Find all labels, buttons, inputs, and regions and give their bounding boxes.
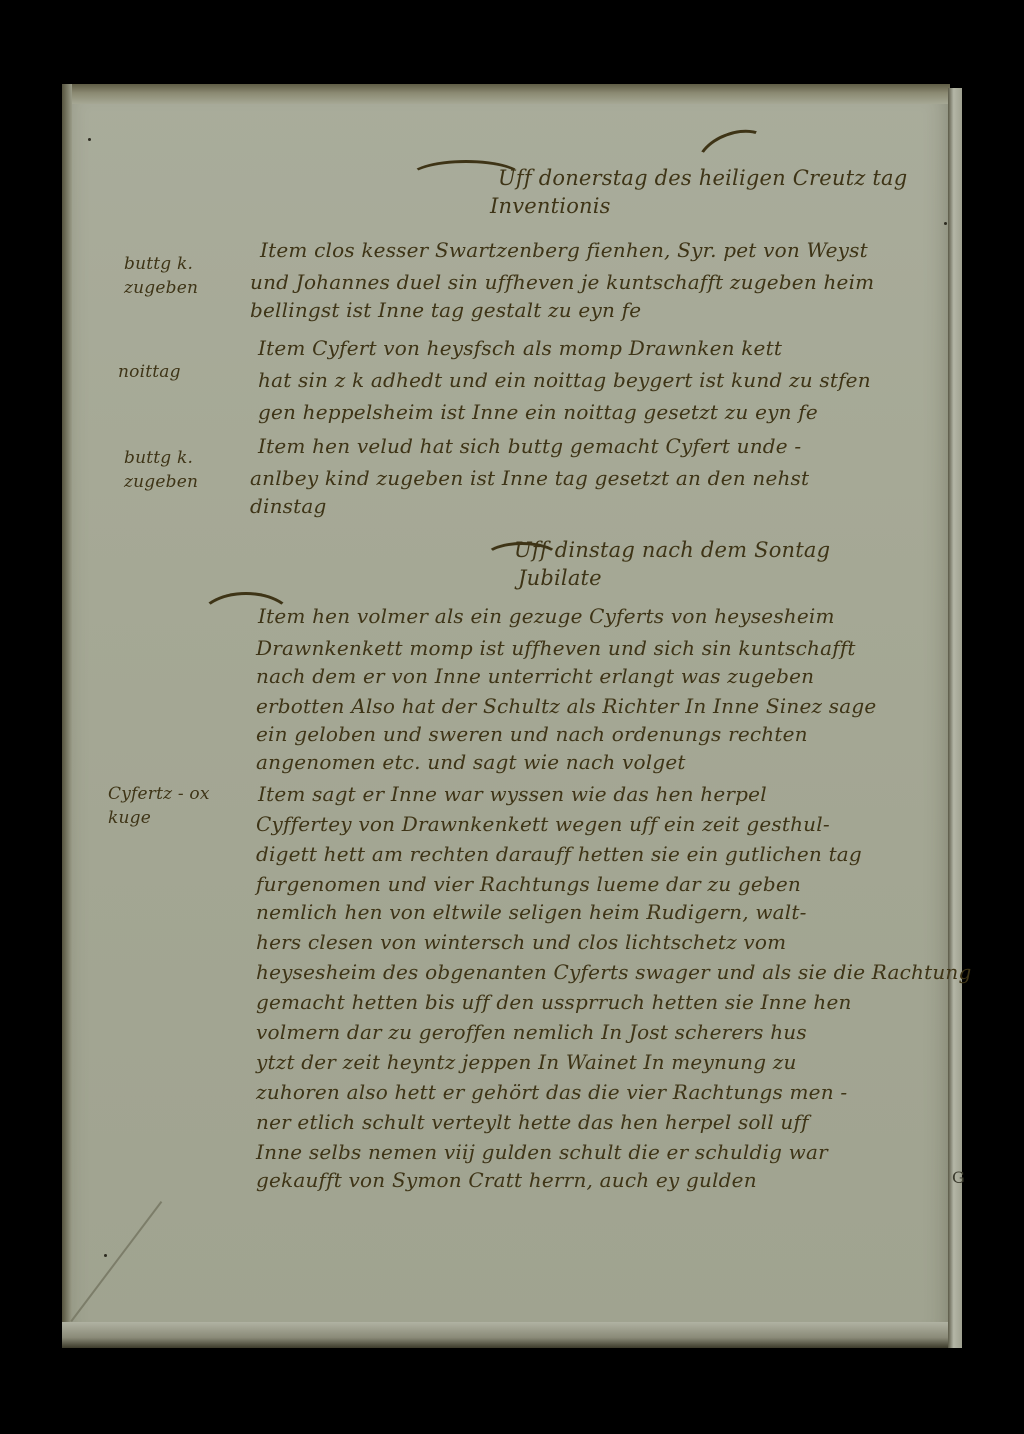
text-line: gen heppelsheim ist Inne ein noittag ges…	[258, 400, 818, 424]
text-line: Item sagt er Inne war wyssen wie das hen…	[258, 782, 767, 806]
binding-edge	[948, 88, 962, 1348]
text-line: Inne selbs nemen viij gulden schult die …	[256, 1140, 828, 1164]
text-line: hat sin z k adhedt und ein noittag beyge…	[258, 368, 871, 392]
text-line: bellingst ist Inne tag gestalt zu eyn fe	[250, 298, 641, 322]
paper-speck	[944, 222, 947, 225]
section-heading: Jubilate	[518, 566, 602, 590]
text-line: Item hen velud hat sich buttg gemacht Cy…	[258, 434, 801, 458]
text-line: nach dem er von Inne unterricht erlangt …	[256, 664, 814, 688]
margin-note: noittag	[118, 360, 228, 384]
text-line: Item Cyfert von heysfsch als momp Drawnk…	[258, 336, 782, 360]
text-line: Drawnkenkett momp ist uffheven und sich …	[256, 636, 856, 660]
paper-speck	[104, 1254, 107, 1257]
text-line: erbotten Also hat der Schultz als Richte…	[256, 694, 876, 718]
text-line: nemlich hen von eltwile seligen heim Rud…	[256, 900, 807, 924]
text-line: gekaufft von Symon Cratt herrn, auch ey …	[256, 1168, 757, 1192]
text-line: ytzt der zeit heyntz jeppen In Wainet In…	[256, 1050, 797, 1074]
margin-note: Cyfertz - ox kuge	[108, 782, 218, 830]
text-line: anlbey kind zugeben ist Inne tag gesetzt…	[250, 466, 809, 490]
text-line: ner etlich schult verteylt hette das hen…	[256, 1110, 809, 1134]
page-bottom-edge	[62, 1322, 950, 1348]
page-edge-mark: G	[952, 1168, 965, 1187]
text-line: Item hen volmer als ein gezuge Cyferts v…	[258, 604, 835, 628]
text-line: furgenomen und vier Rachtungs lueme dar …	[256, 872, 801, 896]
section-heading: Inventionis	[490, 194, 611, 218]
page-top-edge	[62, 84, 950, 104]
text-line: heysesheim des obgenanten Cyferts swager…	[256, 960, 972, 984]
margin-note: buttg k. zugeben	[124, 252, 234, 300]
paper-speck	[88, 138, 91, 141]
text-line: Item clos kesser Swartzenberg fienhen, S…	[260, 238, 868, 262]
text-line: angenomen etc. und sagt wie nach volget	[256, 750, 686, 774]
page-left-edge	[62, 84, 72, 1348]
text-line: hers clesen von wintersch und clos licht…	[256, 930, 786, 954]
text-line: Cyffertey von Drawnkenkett wegen uff ein…	[256, 812, 830, 836]
margin-note: buttg k. zugeben	[124, 446, 234, 494]
section-heading: Uff dinstag nach dem Sontag	[514, 538, 830, 562]
text-line: ein geloben und sweren und nach ordenung…	[256, 722, 808, 746]
text-line: dinstag	[250, 494, 327, 518]
text-line: volmern dar zu geroffen nemlich In Jost …	[256, 1020, 807, 1044]
text-line: digett hett am rechten darauff hetten si…	[256, 842, 862, 866]
text-line: zuhoren also hett er gehört das die vier…	[256, 1080, 847, 1104]
text-line: gemacht hetten bis uff den ussprruch het…	[256, 990, 852, 1014]
section-heading: Uff donerstag des heiligen Creutz tag	[498, 166, 907, 190]
folded-corner-line	[70, 1201, 162, 1322]
text-line: und Johannes duel sin uffheven je kuntsc…	[250, 270, 874, 294]
